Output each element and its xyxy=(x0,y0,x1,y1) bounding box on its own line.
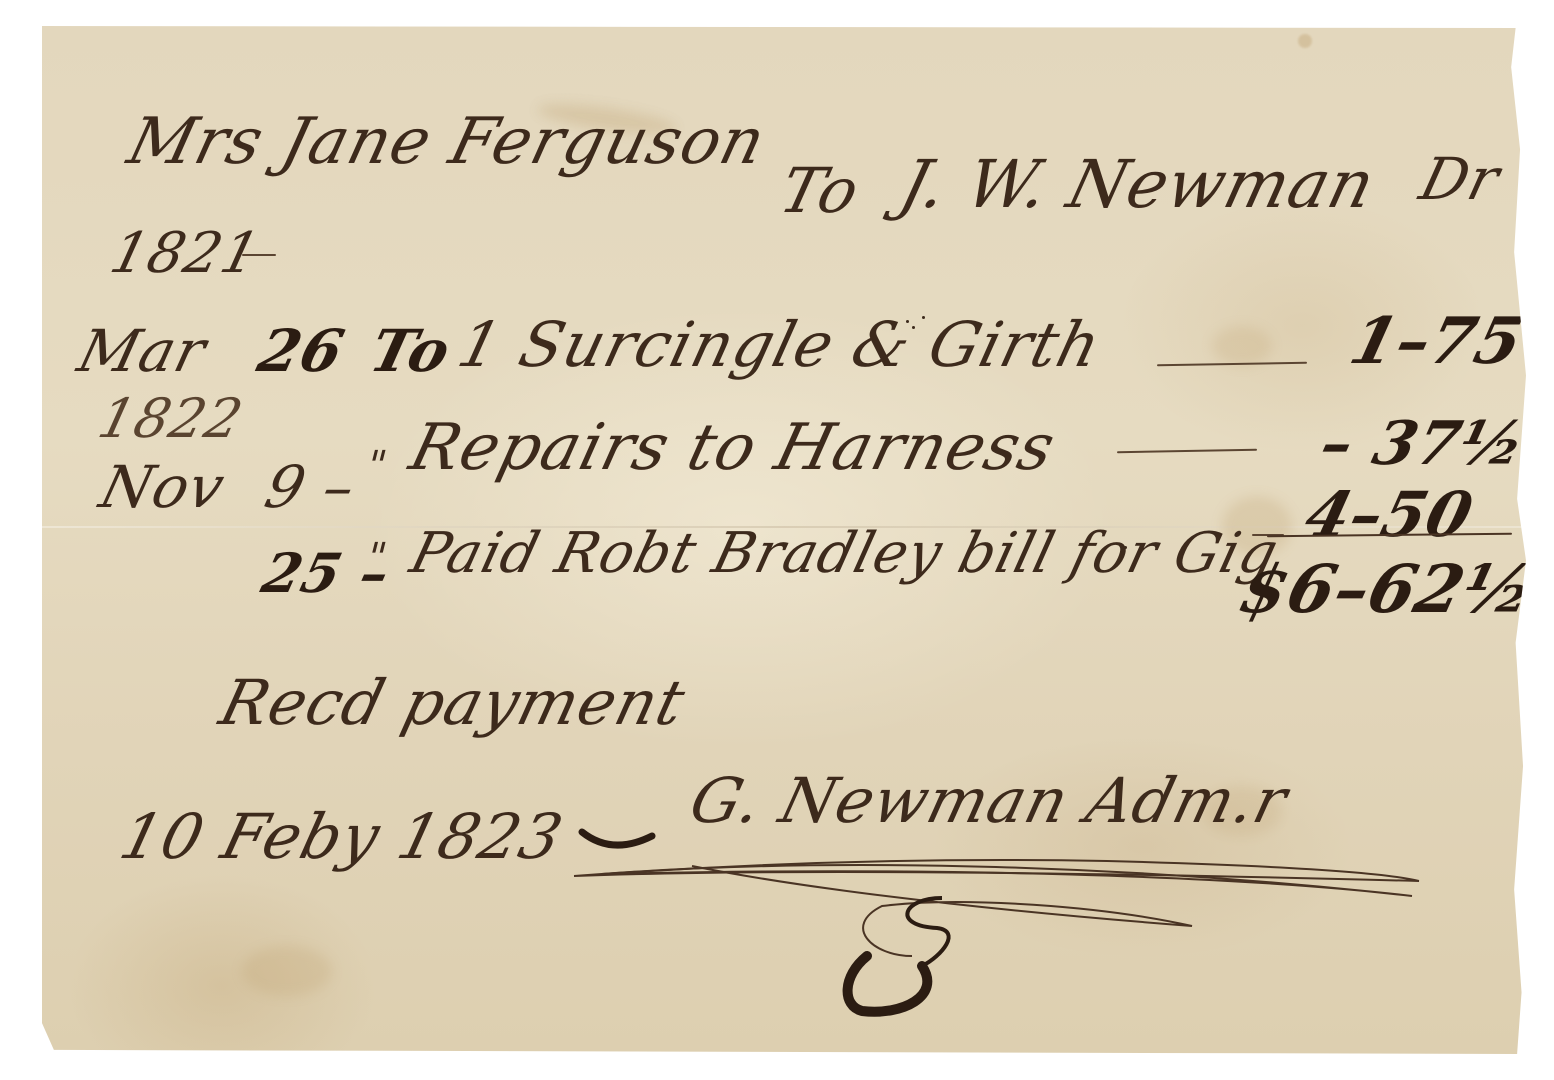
entry-2-amount: – 37½ xyxy=(1315,414,1532,474)
to-label: To xyxy=(774,160,865,222)
entry-2-ditto: " xyxy=(362,446,391,486)
stain xyxy=(1298,34,1312,48)
entry-3-amount: 4–50 xyxy=(1299,484,1479,546)
receipt-date: 10 Feby 1823 xyxy=(114,806,569,868)
entry-1-to: To xyxy=(365,322,457,380)
entry-1-amount: 1–75 xyxy=(1344,310,1530,374)
document-photo: Mrs Jane Ferguson To J. W. Newman Dr 182… xyxy=(0,0,1554,1080)
entry-2-month: Nov xyxy=(95,458,231,516)
entry-1-day: 26 xyxy=(253,322,350,380)
stain xyxy=(242,946,332,996)
stain xyxy=(1212,326,1272,366)
ink-speck xyxy=(912,326,915,329)
creditor-name: J. W. Newman xyxy=(894,152,1382,218)
paper-sheet: Mrs Jane Ferguson To J. W. Newman Dr 182… xyxy=(42,26,1526,1054)
year-1822: 1822 xyxy=(93,392,248,446)
entry-2-day: 9 – xyxy=(260,458,362,516)
entry-2-description: Repairs to Harness xyxy=(404,416,1061,480)
entry-1-month: Mar xyxy=(73,322,212,380)
ink-speck xyxy=(906,320,909,323)
total-amount: $6–62½ xyxy=(1234,556,1542,622)
leader-line xyxy=(1157,362,1307,366)
leader-line xyxy=(1117,449,1257,453)
received-payment: Recd payment xyxy=(214,672,691,734)
entry-3-description: Paid Robt Bradley bill for Gig xyxy=(405,526,1284,582)
debit-label: Dr xyxy=(1415,150,1506,208)
ink-speck xyxy=(922,316,925,319)
entry-1-description: 1 Surcingle & Girth xyxy=(452,314,1107,376)
debtor-name: Mrs Jane Ferguson xyxy=(122,110,772,174)
ink-speck xyxy=(1124,546,1127,549)
signature-flourish xyxy=(542,806,1522,1036)
dash xyxy=(242,254,276,256)
